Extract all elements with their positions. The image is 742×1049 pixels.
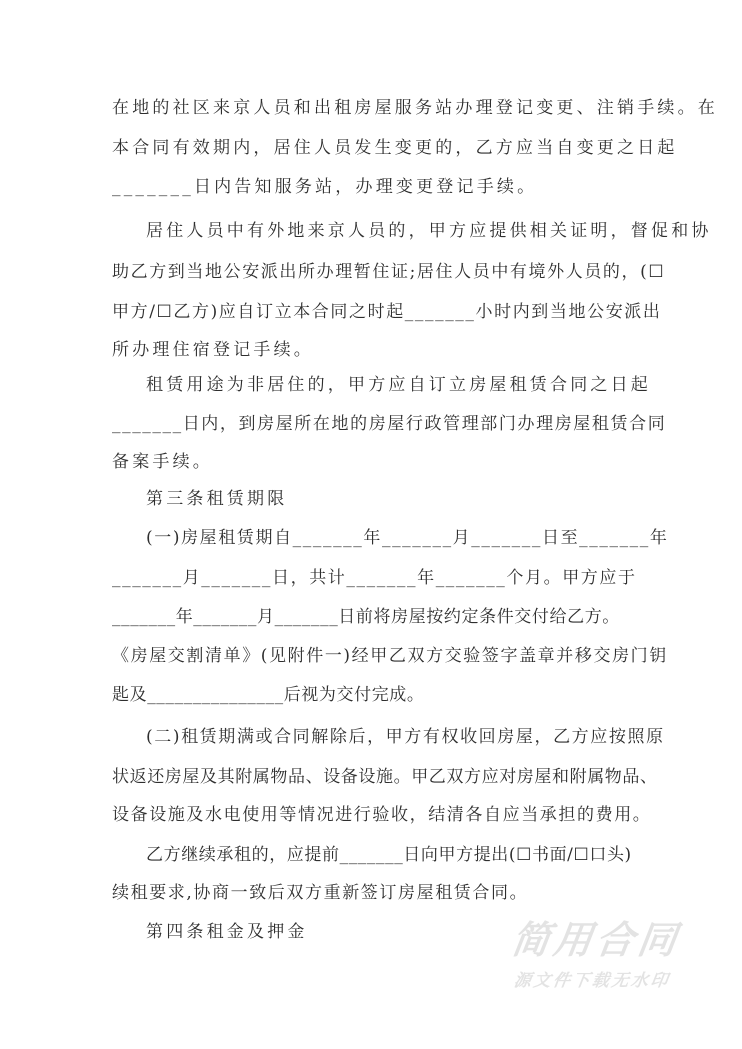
- paragraph-line: _______年_______月_______日前将房屋按约定条件交付给乙方。: [112, 605, 632, 629]
- paragraph-line: 租赁用途为非居住的，甲方应自订立房屋租赁合同之日起: [146, 373, 632, 397]
- paragraph-line: (二)租赁期满或合同解除后，甲方有权收回房屋，乙方应按照原: [146, 725, 632, 749]
- article-4-heading: 第四条租金及押金: [146, 920, 632, 944]
- paragraph-line: 所办理住宿登记手续。: [112, 338, 632, 362]
- paragraph-line: (一)房屋租赁期自_______年_______月_______日至______…: [146, 526, 632, 550]
- paragraph-line: 设备设施及水电使用等情况进行验收，结清各自应当承担的费用。: [112, 803, 632, 827]
- watermark-subtitle: 源文件下载无水印: [512, 968, 714, 994]
- paragraph-line: 匙及_______________后视为交付完成。: [112, 683, 632, 707]
- paragraph-line: _______月_______日，共计_______年_______个月。甲方应…: [112, 566, 632, 590]
- paragraph-line: 备案手续。: [112, 450, 632, 474]
- paragraph-line: 续租要求,协商一致后双方重新签订房屋租赁合同。: [112, 881, 632, 905]
- article-3-heading: 第三条租赁期限: [146, 487, 632, 511]
- paragraph-line: 在地的社区来京人员和出租房屋服务站办理登记变更、注销手续。在: [112, 96, 632, 120]
- paragraph-line: _______日内告知服务站，办理变更登记手续。: [112, 175, 632, 199]
- paragraph-line: 《房屋交割清单》(见附件一)经甲乙双方交验签字盖章并移交房门钥: [112, 644, 632, 668]
- paragraph-line: _______日内，到房屋所在地的房屋行政管理部门办理房屋租赁合同: [112, 412, 632, 436]
- paragraph-line: 状返还房屋及其附属物品、设备设施。甲乙双方应对房屋和附属物品、: [112, 765, 632, 789]
- paragraph-line: 乙方继续承租的，应提前_______日向甲方提出(☐书面/☐口头): [146, 843, 632, 867]
- paragraph-line: 甲方/☐乙方)应自订立本合同之时起_______小时内到当地公安派出: [112, 300, 632, 324]
- paragraph-line: 本合同有效期内，居住人员发生变更的，乙方应当自变更之日起: [112, 136, 632, 160]
- document-page: 在地的社区来京人员和出租房屋服务站办理登记变更、注销手续。在 本合同有效期内，居…: [0, 0, 742, 1049]
- paragraph-line: 居住人员中有外地来京人员的，甲方应提供相关证明，督促和协: [146, 219, 632, 243]
- paragraph-line: 助乙方到当地公安派出所办理暂住证;居住人员中有境外人员的，(☐: [112, 260, 632, 284]
